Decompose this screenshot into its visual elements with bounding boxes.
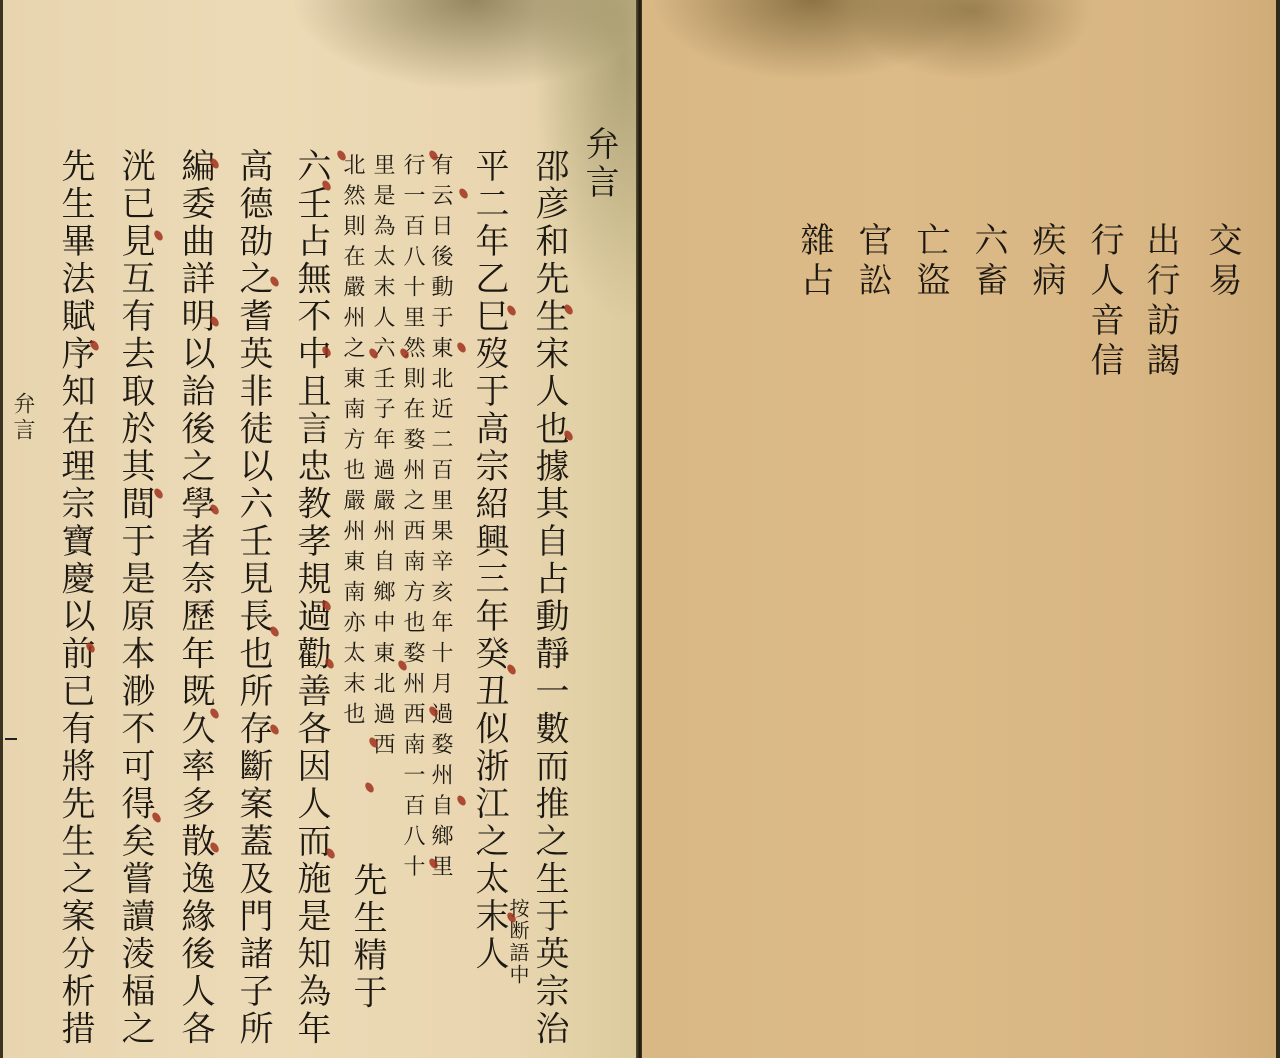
toc-entry-trade: 交易 xyxy=(1198,222,1247,302)
text-column-3: 六壬占無不中且言忠教孝規過勸善各因人而施是知為年 xyxy=(287,148,336,1048)
note-column-2: 行一百八十里然則在婺州之西南方也婺州西南一百八十 xyxy=(397,153,428,885)
note-column-3: 里是為太末人六壬子年過嚴州自鄉中東北過西 xyxy=(367,153,398,763)
toc-entry-illness: 疾病 xyxy=(1022,222,1071,302)
toc-entry-misc: 雜占 xyxy=(790,222,839,302)
toc-entry-theft: 亡盜 xyxy=(906,222,955,302)
toc-entry-livestock: 六畜 xyxy=(964,222,1013,302)
text-column-2: 平二年乙巳歿于高宗紹興三年癸丑似浙江之太末人 xyxy=(465,148,514,973)
toc-entry-lawsuit: 官訟 xyxy=(848,222,897,302)
book-spread: 弁言 邵彦和先生宋人也據其自占動靜一數而推之生于英宗治 平二年乙巳歿于高宗紹興三… xyxy=(0,0,1280,1058)
text-column-6: 洸已見互有去取於其間于是原本渺不可得矣嘗讀淩楅之 xyxy=(111,148,160,1048)
margin-label: 弁言 xyxy=(7,392,38,444)
note-column-4: 北然則在嚴州之東南方也嚴州東南亦太末也 xyxy=(337,153,368,733)
text-column-3-tail: 先生精于 xyxy=(343,862,392,1012)
toc-entry-travel-visit: 出行訪謁 xyxy=(1136,222,1185,382)
right-page: 交易 出行訪謁 行人音信 疾病 六畜 亡盜 官訟 雜占 xyxy=(642,0,1280,1058)
note-column-1: 有云日後動于東北近二百里果辛亥年十月過婺州自鄉里 xyxy=(425,153,456,885)
punctuation-mark xyxy=(363,781,375,794)
text-column-5: 編委曲詳明以詒後之學者奈歷年既久率多散逸緣後人各 xyxy=(171,148,220,1048)
section-heading: 弁言 xyxy=(575,126,624,202)
margin-tick xyxy=(5,738,17,740)
left-page: 弁言 邵彦和先生宋人也據其自占動靜一數而推之生于英宗治 平二年乙巳歿于高宗紹興三… xyxy=(0,0,638,1058)
text-column-7: 先生畢法賦序知在理宗寶慶以前已有將先生之案分析措 xyxy=(51,148,100,1048)
toc-entry-traveler-news: 行人音信 xyxy=(1080,222,1129,382)
note-tail-column: 按断語中 xyxy=(489,898,533,986)
